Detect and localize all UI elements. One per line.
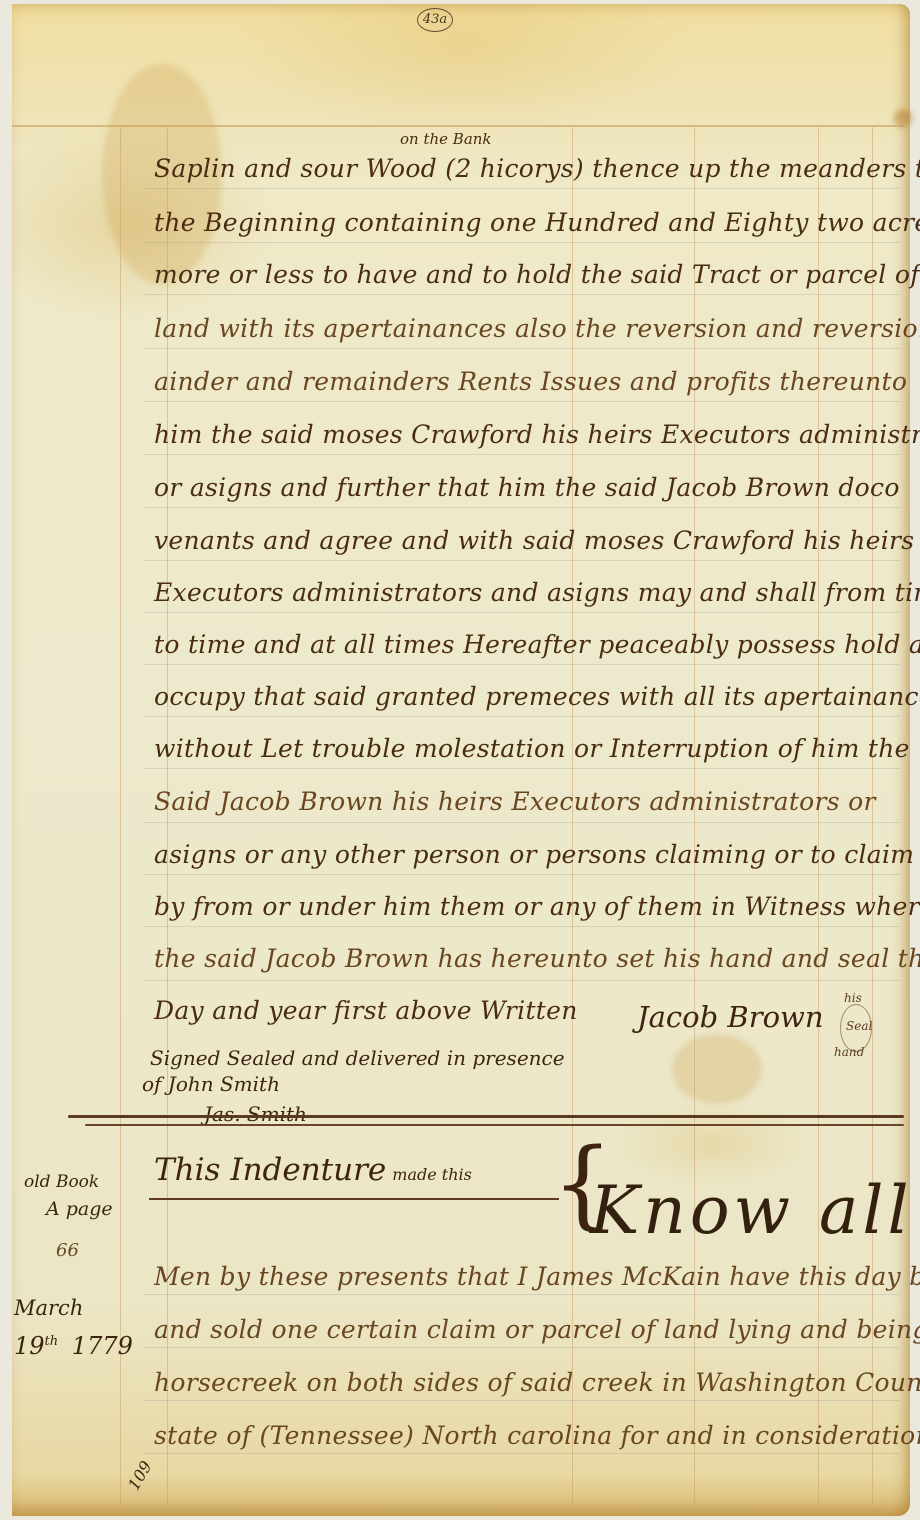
- page-number-stamp: 43a: [417, 8, 453, 32]
- water-stain: [672, 1034, 762, 1104]
- text-line: him the said moses Crawford his heirs Ex…: [154, 420, 896, 450]
- witness-jas-smith: Jas. Smith: [204, 1102, 307, 1126]
- scanned-document: 43a on the Bank Saplin and: [0, 0, 920, 1520]
- text-line: more or less to have and to hold the sai…: [154, 260, 896, 290]
- section-divider: [68, 1115, 904, 1118]
- guide-line: [144, 454, 900, 455]
- margin-note-a-page: A page: [46, 1198, 113, 1220]
- margin-note-date: 19th 1779: [14, 1332, 133, 1360]
- text-line: Saplin and sour Wood (2 hicorys) thence …: [154, 154, 896, 184]
- margin-note-old-book: old Book: [24, 1172, 99, 1192]
- heading-underline: [149, 1198, 559, 1200]
- text-line: Day and year first above Written: [154, 996, 578, 1026]
- guide-line: [144, 294, 900, 295]
- guide-line: [144, 401, 900, 402]
- text-line: the said Jacob Brown has hereunto set hi…: [154, 944, 896, 974]
- seal-note-bottom: hand: [834, 1046, 864, 1059]
- margin-note-month: March: [14, 1296, 83, 1320]
- text-line: and sold one certain claim or parcel of …: [154, 1315, 896, 1345]
- attestation-clause: Signed Sealed and delivered in presence: [150, 1046, 565, 1070]
- text-line: without Let trouble molestation or Inter…: [154, 734, 896, 764]
- folio-number: 109: [124, 1458, 156, 1494]
- guide-line: [144, 980, 900, 981]
- guide-line: [144, 348, 900, 349]
- section-divider: [85, 1124, 904, 1126]
- text-line: ainder and remainders Rents Issues and p…: [154, 367, 896, 397]
- text-line: to time and at all times Hereafter peace…: [154, 630, 896, 660]
- guide-line: [144, 1400, 900, 1401]
- text-line: by from or under him them or any of them…: [154, 892, 896, 922]
- guide-line: [144, 242, 900, 243]
- date-day-suffix: th: [45, 1334, 59, 1349]
- guide-line: [144, 716, 900, 717]
- top-rule-line: [12, 125, 904, 127]
- signature-jacob-brown: Jacob Brown: [637, 1000, 824, 1034]
- witness-john-smith: of John Smith: [142, 1072, 280, 1096]
- text-line: occupy that said granted premeces with a…: [154, 682, 896, 712]
- guide-line: [144, 612, 900, 613]
- margin-note-page-ref: 66: [56, 1240, 79, 1261]
- text-line: state of (Tennessee) North carolina for …: [154, 1421, 896, 1451]
- text-line: Men by these presents that I James McKai…: [154, 1262, 896, 1292]
- guide-line: [144, 874, 900, 875]
- guide-line: [144, 1294, 900, 1295]
- guide-line: [144, 560, 900, 561]
- text-line: asigns or any other person or persons cl…: [154, 840, 896, 870]
- seal-note-top: his: [844, 992, 862, 1005]
- guide-line: [144, 664, 900, 665]
- guide-line: [144, 507, 900, 508]
- seal-mark: his Seal hand: [824, 992, 894, 1062]
- guide-line: [144, 926, 900, 927]
- manuscript-page: 43a on the Bank Saplin and: [12, 4, 910, 1516]
- know-all-flourish: Know all: [590, 1172, 913, 1249]
- guide-line: [144, 768, 900, 769]
- text-line: Executors administrators and asigns may …: [154, 578, 896, 608]
- guide-line: [144, 1347, 900, 1348]
- guide-line: [144, 188, 900, 189]
- text-line: Said Jacob Brown his heirs Executors adm…: [154, 787, 896, 817]
- text-line: or asigns and further that him the said …: [154, 473, 896, 503]
- date-day: 19: [14, 1332, 45, 1360]
- guide-line: [144, 822, 900, 823]
- text-line: land with its apertainances also the rev…: [154, 314, 896, 344]
- interlinear-insertion: on the Bank: [400, 130, 492, 148]
- date-year: 1779: [72, 1332, 133, 1360]
- text-line: venants and agree and with said moses Cr…: [154, 526, 896, 556]
- margin-rule: [120, 127, 121, 1504]
- text-line: horsecreek on both sides of said creek i…: [154, 1368, 896, 1398]
- text-line: the Beginning containing one Hundred and…: [154, 208, 896, 238]
- indenture-title-small: made this: [392, 1165, 472, 1184]
- guide-line: [144, 1453, 900, 1454]
- indenture-heading: This Indenturemade this: [154, 1152, 472, 1188]
- indenture-title: This Indenture: [154, 1152, 386, 1188]
- seal-note-middle: Seal: [846, 1020, 872, 1033]
